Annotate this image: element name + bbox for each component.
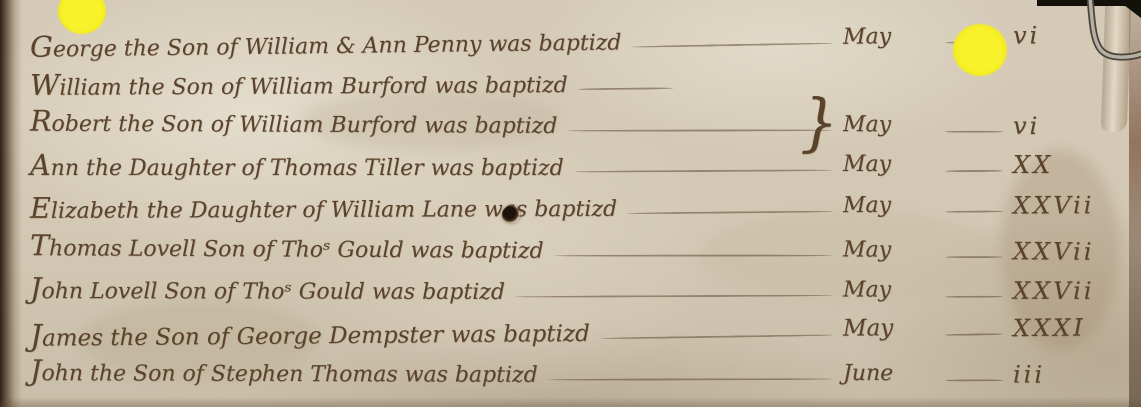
entry-month: May [843, 317, 935, 341]
paper-hole [502, 206, 520, 223]
entry-month: May [843, 25, 935, 48]
metal-clip-icon [1031, 0, 1141, 140]
entry-month: May [843, 279, 935, 301]
entry-text: James the Son of George Dempster was bap… [30, 316, 590, 351]
dash-line [515, 294, 833, 297]
entry-row: James the Son of George Dempster was bap… [30, 306, 1125, 357]
entry-day: XXVii [1013, 239, 1125, 264]
entry-day: XXVii [1013, 193, 1125, 217]
dash-line [945, 295, 1003, 297]
dash-line [554, 254, 833, 256]
dash-line [567, 129, 833, 131]
dash-line [574, 169, 833, 173]
entry-row: Robert the Son of William Burford was ba… [30, 101, 1125, 147]
entry-month: May [843, 195, 935, 217]
register-page: George the Son of William & Ann Penny wa… [0, 0, 1141, 407]
dash-line [548, 378, 833, 381]
entry-day: XXXI [1013, 314, 1125, 339]
entry-day: XX [1013, 153, 1125, 177]
entry-month: May [843, 239, 935, 261]
entry-row: Thomas Lovell Son of Thoˢ Gould was bapt… [30, 225, 1125, 272]
entry-day: XXVii [1013, 279, 1125, 303]
page-bottom-edge [0, 397, 1141, 407]
entry-month: May [843, 114, 935, 136]
entry-row: Elizabeth the Daughter of William Lane w… [30, 184, 1125, 229]
entry-list: George the Son of William & Ann Penny wa… [30, 20, 1125, 394]
dash-line [945, 255, 1003, 257]
entry-text: Robert the Son of William Burford was ba… [30, 107, 557, 138]
dash-line [627, 210, 833, 214]
entry-row: Ann the Daughter of Thomas Tiller was ba… [30, 145, 1125, 187]
entry-brace: } [800, 82, 838, 164]
dash-line [600, 333, 833, 338]
highlight-dot-icon [953, 24, 1007, 76]
dash-line [945, 210, 1003, 213]
entry-day: iii [1013, 362, 1125, 386]
entry-text: Thomas Lovell Son of Thoˢ Gould was bapt… [30, 231, 544, 263]
dash-line [631, 42, 833, 48]
dash-line [945, 130, 1003, 132]
entry-row: John Lovell Son of Thoˢ Gould was baptiz… [30, 268, 1125, 311]
dash-line [945, 332, 1003, 335]
entry-row: John the Son of Stephen Thomas was bapti… [30, 350, 1125, 395]
entry-text: Ann the Daughter of Thomas Tiller was ba… [30, 151, 564, 180]
entry-month: June [843, 363, 935, 385]
entry-text: George the Son of William & Ann Penny wa… [30, 26, 622, 62]
book-gutter [0, 0, 22, 407]
entry-text: Elizabeth the Daughter of William Lane w… [30, 192, 617, 223]
dash-line [945, 170, 1003, 172]
entry-month: May [843, 154, 935, 176]
entry-text: John Lovell Son of Thoˢ Gould was baptiz… [30, 274, 505, 304]
entry-text: John the Son of Stephen Thomas was bapti… [30, 356, 538, 387]
dash-line [945, 379, 1003, 381]
entry-text: William the Son of William Burford was b… [30, 68, 568, 100]
dash-line [578, 86, 673, 89]
